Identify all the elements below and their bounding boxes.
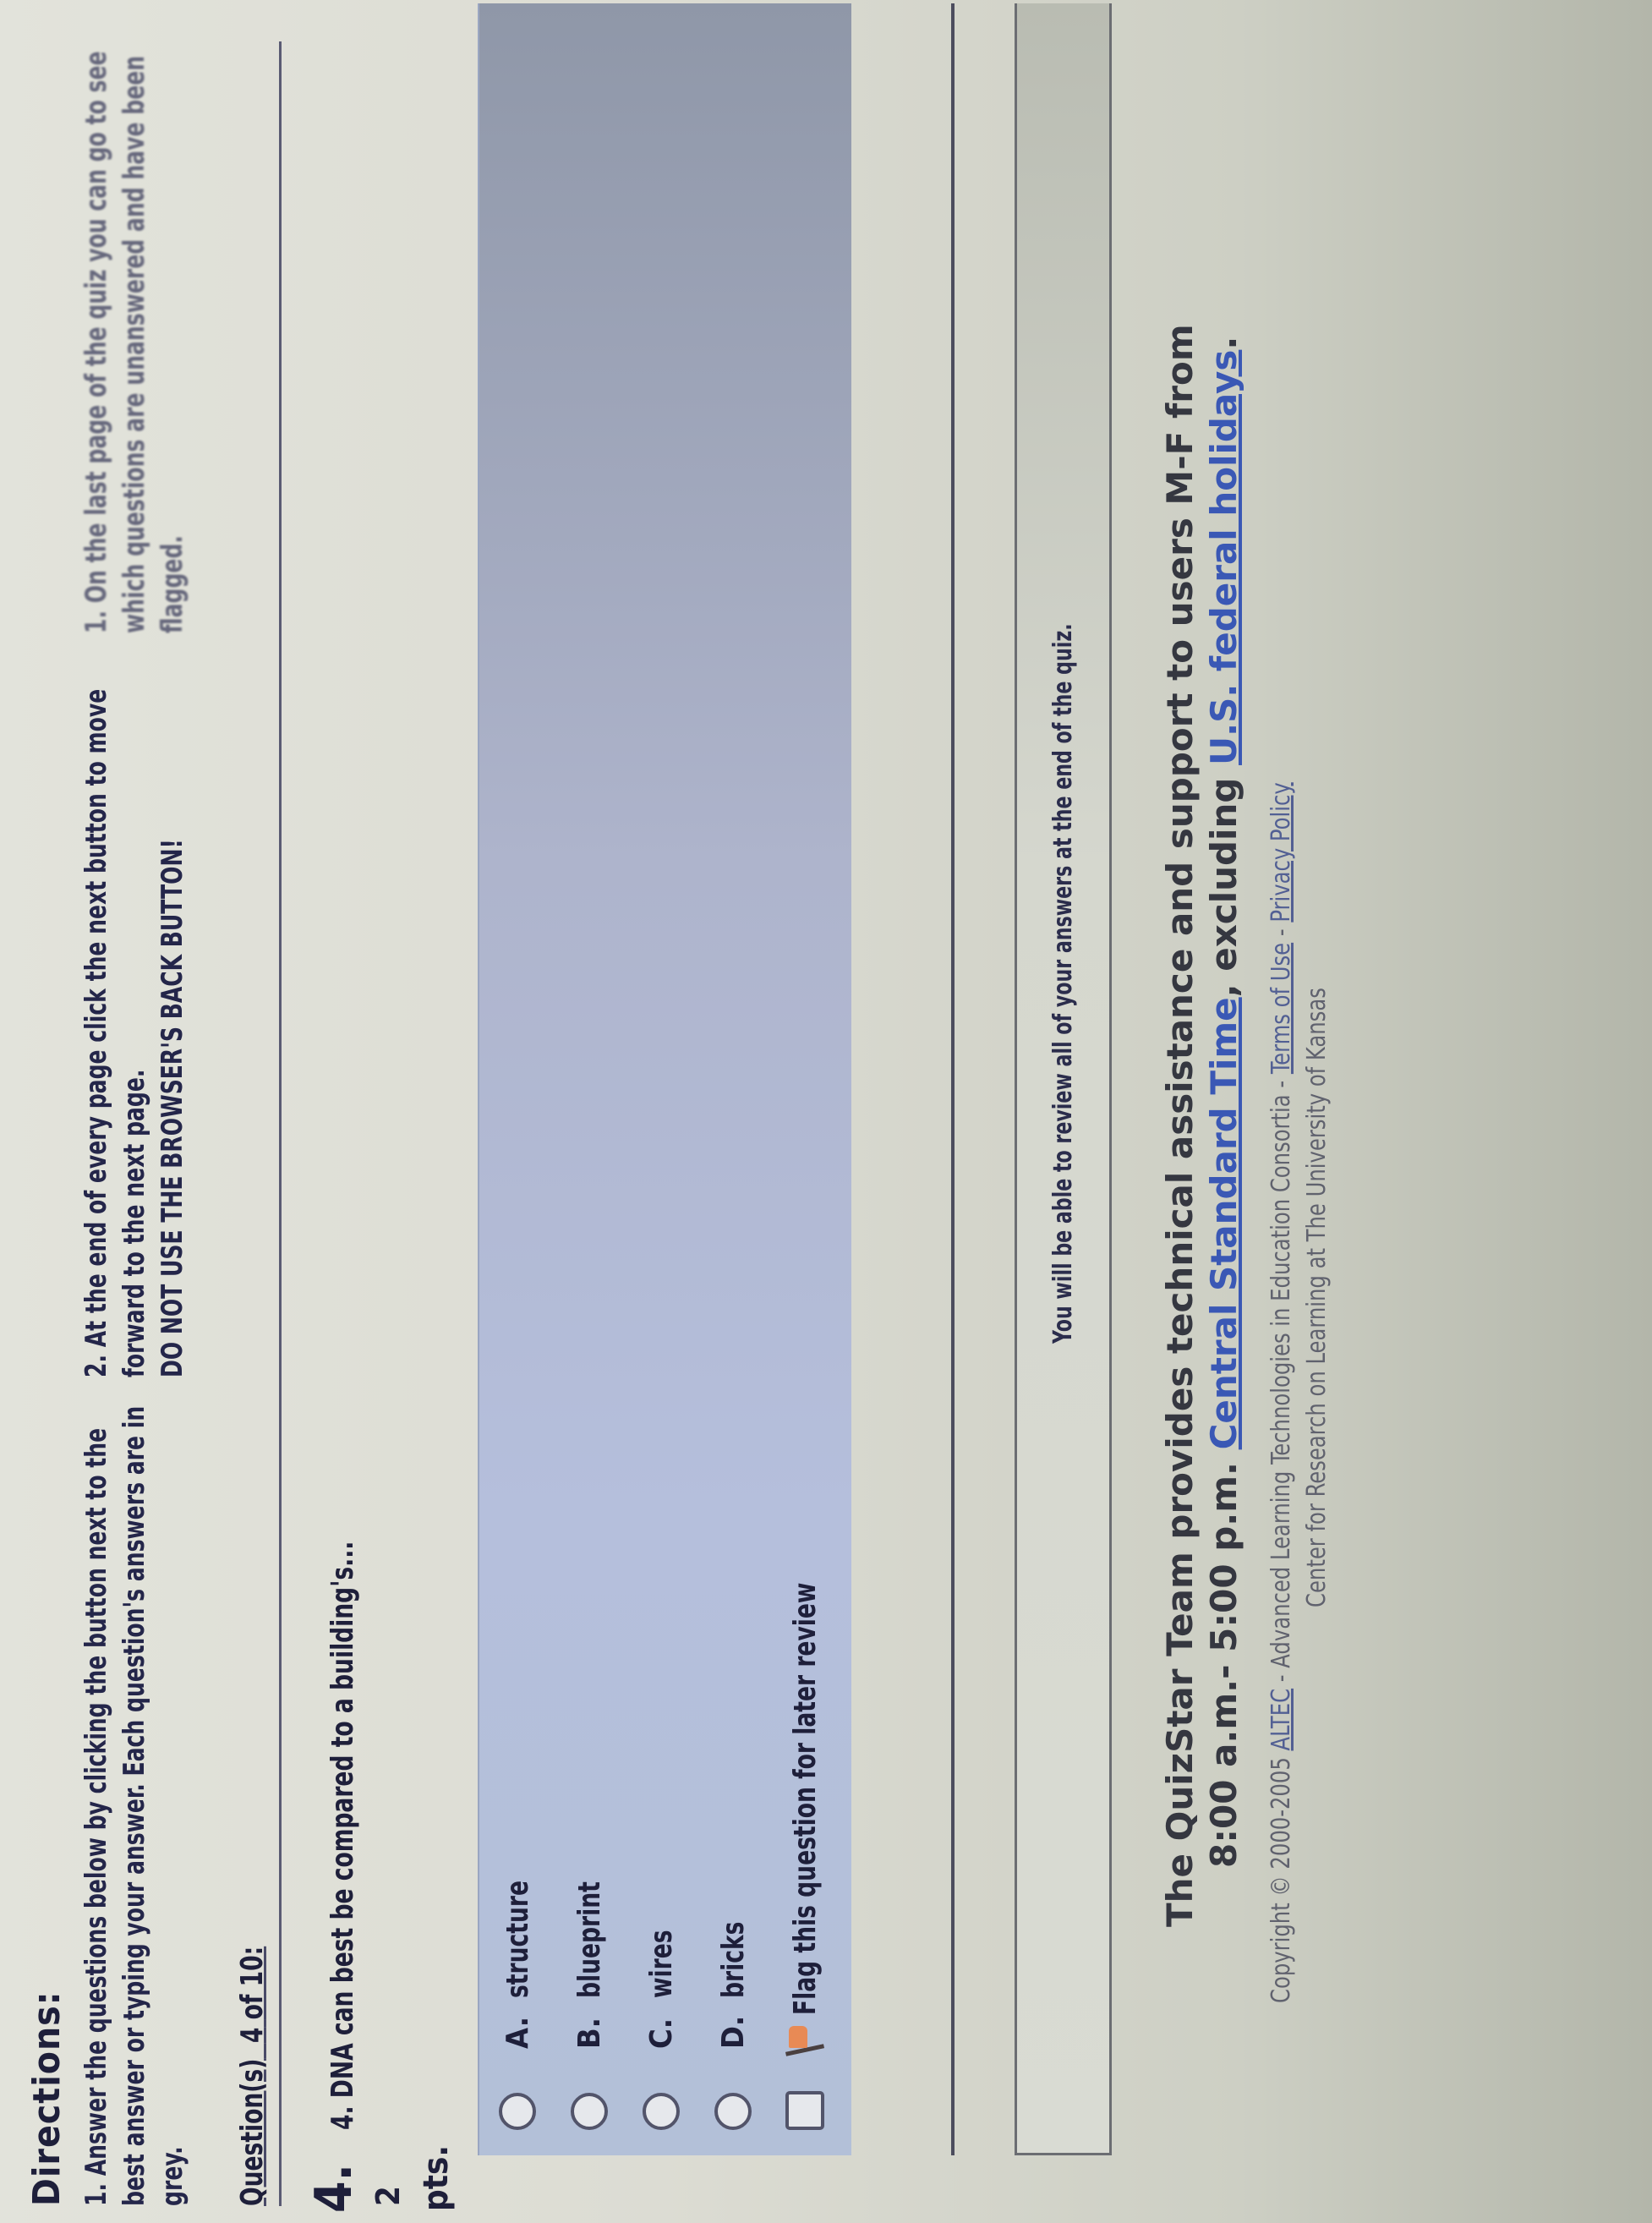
copyright-prefix: Copyright © 2000-2005 xyxy=(1266,1750,1296,2003)
option-label: blueprint xyxy=(572,1881,607,1998)
terms-of-use-link[interactable]: Terms of Use xyxy=(1266,943,1296,1074)
quiz-page: Directions: 1. Answer the questions belo… xyxy=(0,0,1652,2223)
central-standard-time-link[interactable]: Central Standard Time xyxy=(1203,997,1244,1449)
support-line-2: 8:00 a.m.- 5:00 p.m. Central Standard Ti… xyxy=(1202,324,1246,1927)
support-period: . xyxy=(1203,337,1244,350)
option-letter: C. xyxy=(644,1998,679,2049)
directions-step-1: 1. Answer the questions below by clickin… xyxy=(78,1374,192,2206)
question-text: 4. DNA can best be compared to a buildin… xyxy=(325,1541,360,2130)
back-button-warning: DO NOT USE THE BROWSER'S BACK BUTTON! xyxy=(156,839,189,1377)
directions-step-2: 2. At the end of every page click the ne… xyxy=(78,615,192,1377)
option-letter: D. xyxy=(716,1998,751,2049)
radio-button-a[interactable] xyxy=(499,2093,536,2130)
option-letter: A. xyxy=(501,1998,535,2049)
question-counter-label: Question(s) xyxy=(235,2059,270,2206)
flag-for-review[interactable]: Flag this question for later review xyxy=(775,1487,834,2130)
privacy-policy-link[interactable]: Privacy Policy xyxy=(1266,782,1296,922)
review-note: You will be able to review all of your a… xyxy=(1048,623,1078,1344)
support-excluding: , excluding xyxy=(1203,765,1244,997)
option-label: wires xyxy=(644,1930,679,1998)
altec-link[interactable]: ALTEC xyxy=(1266,1689,1296,1751)
option-d[interactable]: D. bricks xyxy=(703,1905,763,2130)
copyright-separator: - xyxy=(1266,923,1296,943)
option-letter: B. xyxy=(572,1998,607,2049)
header-divider xyxy=(279,41,282,2206)
question-counter-total: of 10: xyxy=(235,1946,270,2020)
option-label: structure xyxy=(501,1881,535,1998)
option-c[interactable]: C. wires xyxy=(632,1915,691,2130)
federal-holidays-link[interactable]: U.S. federal holidays xyxy=(1203,350,1244,765)
radio-button-c[interactable] xyxy=(643,2093,680,2130)
copyright-footer: Copyright © 2000-2005 ALTEC - Advanced L… xyxy=(1264,782,1335,2003)
question-number: 4. xyxy=(304,2164,364,2213)
answer-panel: A. structure B. blueprint C. wires D. br… xyxy=(478,3,851,2155)
directions-step-3: 1. On the last page of the quiz you can … xyxy=(78,9,192,633)
option-label: bricks xyxy=(716,1922,751,1998)
section-divider xyxy=(951,3,955,2155)
directions-step-2-text: 2. At the end of every page click the ne… xyxy=(79,689,151,1377)
copyright-line-2: Center for Research on Learning at The U… xyxy=(1299,782,1335,2003)
radio-button-d[interactable] xyxy=(714,2093,752,2130)
question-counter: Question(s) 4 of 10: xyxy=(235,1946,270,2206)
support-line-1: The QuizStar Team provides technical ass… xyxy=(1158,324,1202,1927)
copyright-line-1: Copyright © 2000-2005 ALTEC - Advanced L… xyxy=(1264,782,1299,2003)
option-a[interactable]: A. structure xyxy=(488,1854,547,2130)
directions-title: Directions: xyxy=(25,1990,68,2206)
flag-cloth xyxy=(789,2026,807,2048)
support-info: The QuizStar Team provides technical ass… xyxy=(1158,324,1246,1927)
flag-label: Flag this question for later review xyxy=(788,1583,823,2015)
radio-button-b[interactable] xyxy=(571,2093,608,2130)
support-hours: 8:00 a.m.- 5:00 p.m. xyxy=(1203,1449,1244,1868)
option-b[interactable]: B. blueprint xyxy=(560,1856,619,2130)
copyright-middle: - Advanced Learning Technologies in Educ… xyxy=(1266,1074,1296,1689)
screen-frame: Directions: 1. Answer the questions belo… xyxy=(0,0,1652,2223)
flag-checkbox[interactable] xyxy=(785,2091,824,2130)
question-points-label: pts. xyxy=(417,2145,456,2211)
question-counter-current: 4 xyxy=(235,2028,270,2043)
question-points: 2 xyxy=(369,2186,407,2206)
flag-icon xyxy=(784,2023,826,2057)
